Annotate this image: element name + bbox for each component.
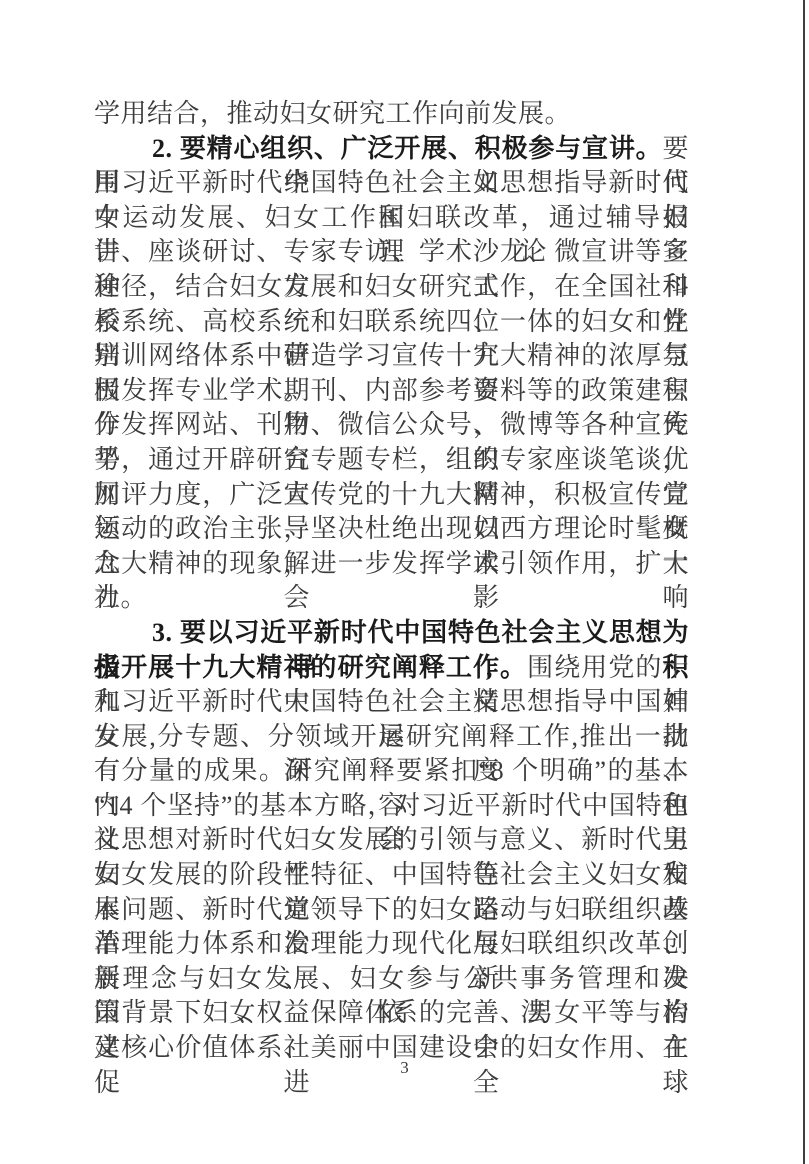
text-line: 2. 要精心组织、广泛开展、积极参与宣讲。要围绕如何 — [94, 132, 689, 167]
document-text-block: 学用结合，推动妇女研究工作向前发展。 2. 要精心组织、广泛开展、积极参与宣讲。… — [94, 97, 689, 1066]
text-line: 运动的政治主张，坚决杜绝出现以西方理论时髦概念解读十 — [94, 512, 689, 547]
text-line: 女运动发展、妇女工作和妇联改革，通过辅导报告、理论宣 — [94, 201, 689, 236]
text-line: 妇女发展的阶段性特征、中国特色社会主义妇女发展道路基 — [94, 858, 689, 893]
text-line: 校系统、高校系统和妇联系统四位一体的妇女和性别研究与 — [94, 305, 689, 340]
text-line: “14 个坚持”的基本方略，对习近平新时代中国特色社会主 — [94, 789, 689, 824]
text-line: 用习近平新时代中国特色社会主义思想指导新时代中国妇 — [94, 166, 689, 201]
text-line: 3. 要以习近平新时代中国特色社会主义思想为指导,积 — [94, 616, 689, 651]
text-line: 展理念与妇女发展、妇女参与公共事务管理和决策、依法治 — [94, 962, 689, 997]
text-line: 国背景下妇女权益保障体系的完善、男女平等与构建社会主 — [94, 996, 689, 1031]
text-line: 培训网络体系中营造学习宣传十九大精神的浓厚氛围。要积 — [94, 339, 689, 374]
text-line: 网评力度，广泛宣传党的十九大精神，积极宣传党领导妇女 — [94, 478, 689, 513]
text-line: 义思想对新时代妇女发展的引领与意义、新时代男女平等和 — [94, 823, 689, 858]
text-line-bold-segment: 极开展十九大精神的研究阐释工作。 — [94, 653, 527, 682]
text-line: 极开展十九大精神的研究阐释工作。围绕用党的十九大精神 — [94, 651, 689, 686]
page-right-edge-line — [803, 0, 805, 1164]
text-line: 九大精神的现象，进一步发挥学术引领作用，扩大社会影响 — [94, 547, 689, 582]
text-line: 途径，结合妇女发展和妇女研究工作，在全国社科系统、党 — [94, 270, 689, 305]
text-line: 学用结合，推动妇女研究工作向前发展。 — [94, 97, 689, 132]
text-line: 发展,分专题、分领域开展研究阐释工作,推出一批有深度、 — [94, 720, 689, 755]
document-page: 学用结合，推动妇女研究工作向前发展。 2. 要精心组织、广泛开展、积极参与宣讲。… — [0, 0, 809, 1164]
text-line: 分发挥网站、刊物、微信公众号、微博等各种宣传平台的优 — [94, 408, 689, 443]
text-line-bold-segment: 2. 要精心组织、广泛开展、积极参与宣讲。 — [152, 134, 662, 163]
text-line-segment: 学用结合，推动妇女研究工作向前发展。 — [94, 99, 571, 128]
text-line: 势，通过开辟研究专题专栏，组织专家座谈笔谈，加大网宣 — [94, 443, 689, 478]
text-line: 讲、座谈研讨、专家专访、学术沙龙、微宣讲等多种方式和 — [94, 235, 689, 270]
text-line-segment: 九大精神的现象，进一步发挥学术引领作用，扩大社会影响 — [94, 549, 689, 613]
text-line: 本问题、新时代党领导下的妇女运动与妇联组织改革发展、 — [94, 893, 689, 928]
text-line: 极发挥专业学术期刊、内部参考资料等的政策建言作用，充 — [94, 374, 689, 409]
text-line-segment: 力。 — [94, 583, 147, 612]
text-line: 治理能力体系和治理能力现代化与妇联组织改革创新、新发 — [94, 927, 689, 962]
text-line: 和习近平新时代中国特色社会主义思想指导中国妇女运动 — [94, 685, 689, 720]
text-line: 有分量的成果。研究阐释要紧扣“8 个明确”的基本内容和 — [94, 754, 689, 789]
page-number: 3 — [0, 1058, 809, 1078]
